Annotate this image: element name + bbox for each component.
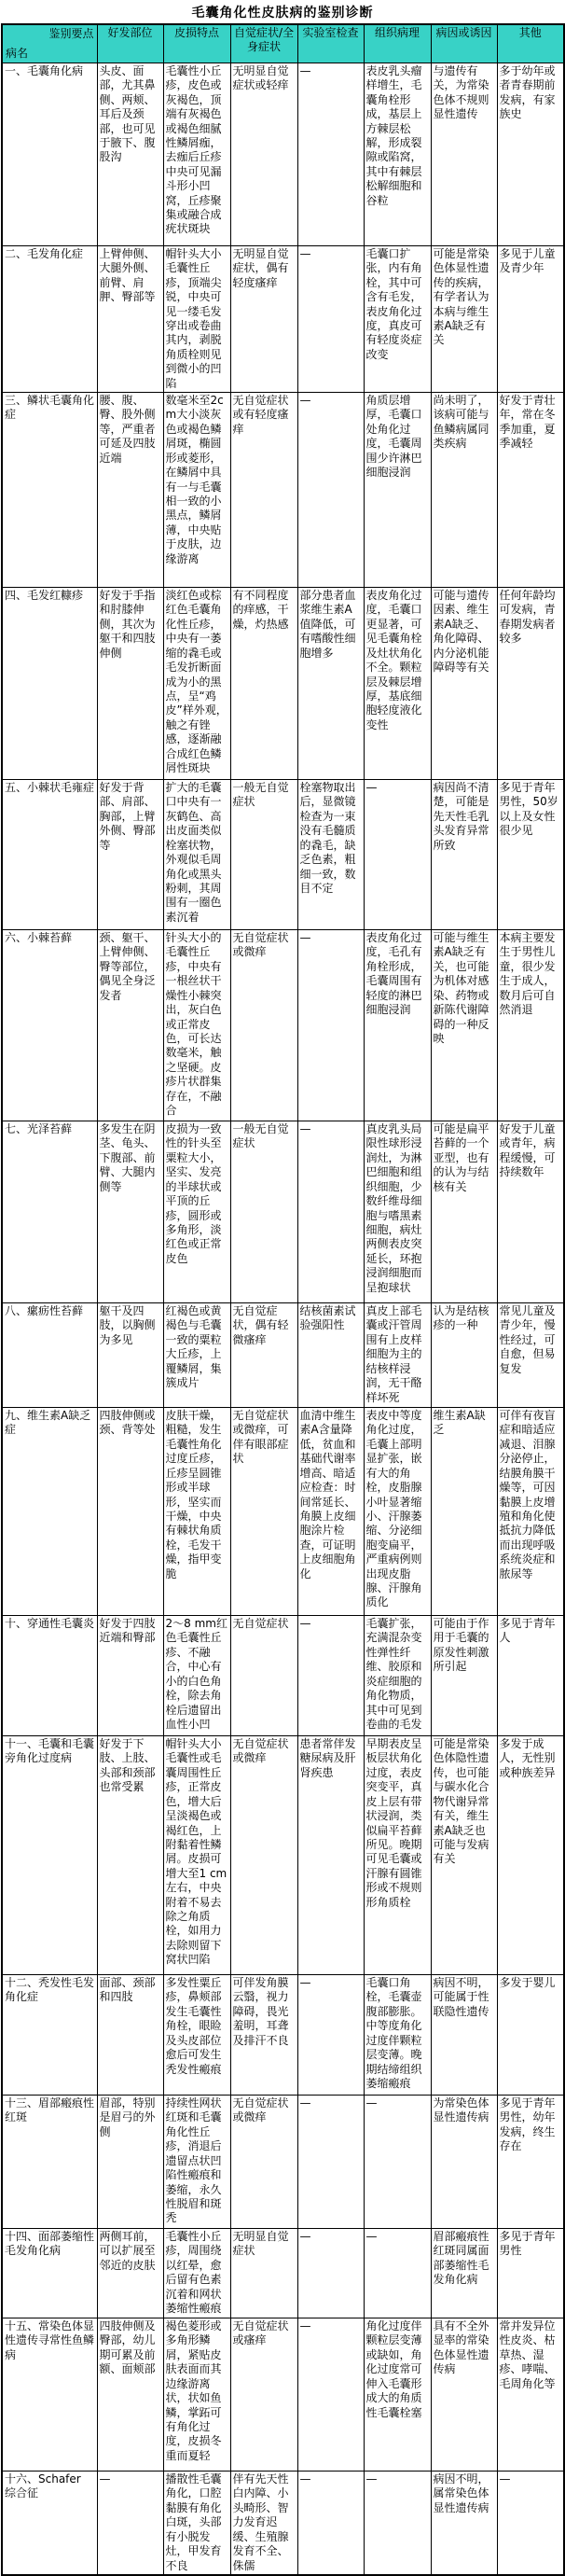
cell-sites: 两侧耳前，可以扩展至邻近的皮肤 bbox=[97, 2229, 163, 2318]
cell-other: — bbox=[497, 2472, 564, 2575]
cell-lesion: 褐色菱形或多角形鳞屑，紧贴皮肤表面而其边缘游离状，状如鱼鳞，掌跖可有角化过度，皮… bbox=[163, 2318, 230, 2472]
cell-lab: — bbox=[297, 1121, 364, 1303]
col-header-lab: 实验室检查 bbox=[297, 24, 364, 63]
cell-lesion: 皮损为一致性的针头至粟粒大小，坚实、发亮的半球状或平顶的丘疹，圆形或多角形，淡红… bbox=[163, 1121, 230, 1303]
cell-other: 多发于成人，无性别或种族差异 bbox=[497, 1736, 564, 1975]
cell-pathology: 毛囊扩张，充满混杂变性弹性纤维、胶原和炎症细胞的角化物质，其中可见到卷曲的毛发 bbox=[364, 1616, 431, 1736]
cell-other: 多于幼年或者青春期前发病，有家族史 bbox=[497, 63, 564, 246]
cell-lesion: 毛囊性小丘疹，皮色或灰褐色，顶端有灰褐色或褐色细腻性鳞屑痂，去痂后丘疹中央可见漏… bbox=[163, 63, 230, 246]
cell-etiology: 可能由于作用于毛囊的原发性刺激所引起 bbox=[431, 1616, 497, 1736]
cell-pathology: — bbox=[364, 2472, 431, 2575]
cell-pathology: 真皮乳头局限性球形浸润灶，为淋巴细胞和组织细胞，少数纤维母细胞与嗜黑素细胞，病灶… bbox=[364, 1121, 431, 1303]
cell-sites: 面部、颈部和四肢 bbox=[97, 1975, 163, 2096]
table-row: 十六、Schafer 综合征—播散性毛囊角化，口腔黏膜有角化白斑，头部有小脱发灶… bbox=[2, 2472, 564, 2575]
cell-lab: — bbox=[297, 1616, 364, 1736]
cell-lab: — bbox=[297, 1975, 364, 2096]
cell-sites: 四肢伸侧或颈、背等处 bbox=[97, 1408, 163, 1616]
cell-lab: — bbox=[297, 930, 364, 1121]
cell-other: 可伴有夜盲症和暗适应减退、泪腺分泌停止，结膜角膜干燥等，可因黏膜上皮增殖和角化使… bbox=[497, 1408, 564, 1616]
cell-symptoms: 无自觉症状，偶有轻微瘙痒 bbox=[230, 1303, 297, 1408]
cell-lesion: 针头大小的毛囊性丘疹，中央有一根丝状干燥性小棘突出，灰白色或正常皮色，可长达数毫… bbox=[163, 930, 230, 1121]
cell-lesion: 持续性网状红斑和毛囊角化性丘疹，消退后遗留点状凹陷性瘢痕和萎缩，永久性脱眉和斑秃 bbox=[163, 2096, 230, 2229]
cell-sites: 四肢伸侧及臀部，幼儿期可累及前额、面颊部 bbox=[97, 2318, 163, 2472]
cell-lesion: 皮肤干燥，粗糙，发生毛囊性角化过度丘疹，丘疹呈圆锥形或半球形，坚实而干燥，中央有… bbox=[163, 1408, 230, 1616]
cell-symptoms: 无自觉症状或微痒 bbox=[230, 1736, 297, 1975]
cell-symptoms: 可伴发角膜云翳，视力障碍，畏光羞明，耳聋及排汗不良 bbox=[230, 1975, 297, 2096]
cell-etiology: 可能与维生素A缺乏有关，也可能为机体对感染、药物或新陈代谢障碍的一种反映 bbox=[431, 930, 497, 1121]
cell-lab: — bbox=[297, 246, 364, 393]
disease-name: 十三、眉部瘢痕性红斑 bbox=[2, 2096, 97, 2229]
cell-symptoms: 一般无自觉症状 bbox=[230, 1121, 297, 1303]
cell-other: 多见于青年男性，幼年发病，终生存在 bbox=[497, 2096, 564, 2229]
col-header-sites: 好发部位 bbox=[97, 24, 163, 63]
cell-etiology: 可能是常染色体显性遗传的疾病，有学者认为本病与维生素A缺乏有关 bbox=[431, 246, 497, 393]
cell-lab: 结核菌素试验强阳性 bbox=[297, 1303, 364, 1408]
cell-sites: 上臂伸侧、大腿外侧、前臂、肩胛、臀部等 bbox=[97, 246, 163, 393]
cell-lesion: 数毫米至2cm大小淡灰色或褐色鳞屑斑，椭圆形或菱形，在鳞屑中具有一与毛囊相一致的… bbox=[163, 393, 230, 588]
cell-other: 任何年龄均可发病，青春期发病者较多 bbox=[497, 588, 564, 780]
cell-lab: 部分患者血浆维生素A值降低，可有嗜酸性细胞增多 bbox=[297, 588, 364, 780]
cell-symptoms: 无自觉症状 bbox=[230, 1616, 297, 1736]
disease-name: 三、鳞状毛囊角化症 bbox=[2, 393, 97, 588]
table-body: 一、毛囊角化病头皮、面部，尤其鼻侧、两颊、耳后及颈部，也可见于腋下、腹股沟毛囊性… bbox=[2, 63, 564, 2575]
cell-sites: 好发于下肢、上肢、头部和颈部也常受累 bbox=[97, 1736, 163, 1975]
disease-name: 八、瘰疬性苔藓 bbox=[2, 1303, 97, 1408]
cell-lab: — bbox=[297, 2472, 364, 2575]
table-row: 十四、面部萎缩性毛发角化病两侧耳前，可以扩展至邻近的皮肤毛囊性小丘疹，周围绕以红… bbox=[2, 2229, 564, 2318]
disease-name: 七、光泽苔藓 bbox=[2, 1121, 97, 1303]
cell-etiology: 可能与遗传因素、维生素A缺乏、角化障碍、内分泌机能障碍等有关 bbox=[431, 588, 497, 780]
disease-name: 十五、常染色体显性遗传寻常性鱼鳞病 bbox=[2, 2318, 97, 2472]
cell-symptoms: 一般无自觉症状 bbox=[230, 780, 297, 930]
cell-symptoms: 无自觉症状或有轻度瘙痒 bbox=[230, 393, 297, 588]
disease-name: 十六、Schafer 综合征 bbox=[2, 2472, 97, 2575]
disease-name: 一、毛囊角化病 bbox=[2, 63, 97, 246]
cell-lesion: 帽针头大小毛囊性丘疹，顶端尖锐，中央可见一缕毛发穿出或卷曲其内，剥脱角质栓则见到… bbox=[163, 246, 230, 393]
disease-name: 五、小棘状毛雍症 bbox=[2, 780, 97, 930]
cell-other: 多见于儿童及青少年 bbox=[497, 246, 564, 393]
cell-etiology: 尚未明了，该病可能与鱼鳞病属同类疾病 bbox=[431, 393, 497, 588]
cell-other: 本病主要发生于男性儿童，很少发生于成人，数月后可自然消退 bbox=[497, 930, 564, 1121]
table-row: 八、瘰疬性苔藓躯干及四肢，以胸侧为多见红褐色或黄褐色与毛囊一致的粟粒大丘疹，上覆… bbox=[2, 1303, 564, 1408]
diagnosis-table: 鉴别要点 病名 好发部位 皮损特点 自觉症状/全身症状 实验室检查 组织病理 病… bbox=[1, 23, 565, 2576]
cell-etiology: 具有不全外显率的常染色体显性遗传病 bbox=[431, 2318, 497, 2472]
cell-other: 好发于青壮年，常在冬季加重，夏季减轻 bbox=[497, 393, 564, 588]
table-row: 五、小棘状毛雍症好发于背部、肩部、胸部，上臂外侧、臀部等扩大的毛囊口中央有一灰鹤… bbox=[2, 780, 564, 930]
cell-symptoms: 无明显自觉症状或轻痒 bbox=[230, 63, 297, 246]
cell-other: 常并发异位性皮炎、枯草热、湿疹、哮喘、毛周角化等 bbox=[497, 2318, 564, 2472]
cell-other: 多见于青年人 bbox=[497, 1616, 564, 1736]
cell-pathology: 表皮乳头瘤样增生，毛囊角栓形成，基层上方棘层松解，形成裂隙或陷窝，其中有棘层松解… bbox=[364, 63, 431, 246]
cell-lab: — bbox=[297, 2318, 364, 2472]
cell-pathology: — bbox=[364, 2096, 431, 2229]
cell-symptoms: 有不同程度的痒感，干燥，灼热感 bbox=[230, 588, 297, 780]
cell-lesion: 红褐色或黄褐色与毛囊一致的粟粒大丘疹，上覆鳞屑，集簇成片 bbox=[163, 1303, 230, 1408]
col-header-symptoms: 自觉症状/全身症状 bbox=[230, 24, 297, 63]
disease-name: 十一、毛囊和毛囊旁角化过度病 bbox=[2, 1736, 97, 1975]
cell-etiology: 病因不明，可能属于性联隐性遗传 bbox=[431, 1975, 497, 2096]
table-row: 七、光泽苔藓多发生在阴茎、龟头、下腹部、前臂、大腿内侧等皮损为一致性的针头至粟粒… bbox=[2, 1121, 564, 1303]
cell-sites: 颈、躯干、上臂伸侧、臀等部位，偶见全身泛发者 bbox=[97, 930, 163, 1121]
cell-pathology: 表皮角化过度，毛孔有角栓形成，毛囊周围有轻度的淋巴细胞浸润 bbox=[364, 930, 431, 1121]
cell-symptoms: 无自觉症状或瘙痒 bbox=[230, 2318, 297, 2472]
cell-sites: 腰、腹、臀、股外侧等，严重者可延及四肢近端 bbox=[97, 393, 163, 588]
cell-etiology: 病因尚不清楚，可能是先天性毛乳头发育异常所致 bbox=[431, 780, 497, 930]
cell-other: 多见于青年男性，50岁以上及女性很少见 bbox=[497, 780, 564, 930]
cell-lesion: 帽针头大小毛囊性或毛囊周围性丘疹，正常皮色，增大后呈淡褐色或褐红色，上附黏着性鳞… bbox=[163, 1736, 230, 1975]
table-row: 三、鳞状毛囊角化症腰、腹、臀、股外侧等，严重者可延及四肢近端数毫米至2cm大小淡… bbox=[2, 393, 564, 588]
cell-pathology: 早期表皮呈板层状角化过度，表皮突变平，真皮上层有带状浸润，类似扁平苔藓所见。晚期… bbox=[364, 1736, 431, 1975]
disease-name: 十二、秃发性毛发角化症 bbox=[2, 1975, 97, 2096]
cell-lab: 患者常伴发糖尿病及肝肾疾患 bbox=[297, 1736, 364, 1975]
disease-name: 六、小棘苔藓 bbox=[2, 930, 97, 1121]
disease-name: 二、毛发角化症 bbox=[2, 246, 97, 393]
disease-name: 十四、面部萎缩性毛发角化病 bbox=[2, 2229, 97, 2318]
cell-etiology: 为常染色体显性遗传病 bbox=[431, 2096, 497, 2229]
table-row: 一、毛囊角化病头皮、面部，尤其鼻侧、两颊、耳后及颈部，也可见于腋下、腹股沟毛囊性… bbox=[2, 63, 564, 246]
cell-pathology: 毛囊口角栓，毛囊壶腹部膨胀。中等度角化过度伴颗粒层变薄。晚期结缔组织萎缩瘢痕 bbox=[364, 1975, 431, 2096]
cell-lab: — bbox=[297, 2096, 364, 2229]
cell-sites: 多发生在阴茎、龟头、下腹部、前臂、大腿内侧等 bbox=[97, 1121, 163, 1303]
cell-pathology: 表皮角化过度，毛囊口更显著，可见毛囊角栓及灶状角化不全。颗粒层及棘层增厚，基底细… bbox=[364, 588, 431, 780]
cell-lesion: 毛囊性小丘疹，周围绕以红晕，愈后留有色素沉着和网状萎缩性瘢痕 bbox=[163, 2229, 230, 2318]
cell-lab: — bbox=[297, 63, 364, 246]
cell-lab: — bbox=[297, 2229, 364, 2318]
cell-lab: 血清中维生素A含量降低，贫血和基础代谢率增高、暗适应检查：时间常延长、角膜上皮细… bbox=[297, 1408, 364, 1616]
cell-etiology: 可能是扁平苔藓的一个亚型，也有的认为与结核有关 bbox=[431, 1121, 497, 1303]
cell-symptoms: 伴有先天性白内障、小头畸形、智力发育迟缓、生殖腺发育不全、侏儒 bbox=[230, 2472, 297, 2575]
header-row: 鉴别要点 病名 好发部位 皮损特点 自觉症状/全身症状 实验室检查 组织病理 病… bbox=[2, 24, 564, 63]
cell-lab: — bbox=[297, 393, 364, 588]
table-row: 十三、眉部瘢痕性红斑眉部，特别是眉弓的外侧持续性网状红斑和毛囊角化性丘疹，消退后… bbox=[2, 2096, 564, 2229]
table-row: 十二、秃发性毛发角化症面部、颈部和四肢多发性粟丘疹，鼻颊部发生毛囊性角栓，眼睑及… bbox=[2, 1975, 564, 2096]
cell-etiology: 病因不明，属常染色体显性遗传病 bbox=[431, 2472, 497, 2575]
cell-symptoms: 无自觉症状或微痒 bbox=[230, 2096, 297, 2229]
col-header-pathology: 组织病理 bbox=[364, 24, 431, 63]
disease-name: 四、毛发红糠疹 bbox=[2, 588, 97, 780]
cell-lesion: 多发性粟丘疹，鼻颊部发生毛囊性角栓，眼睑及头皮部位愈后可发生秃发性瘢痕 bbox=[163, 1975, 230, 2096]
cell-sites: 好发于手指和肘膝伸侧，其次为躯干和四肢伸侧 bbox=[97, 588, 163, 780]
cell-symptoms: 无明显自觉症状 bbox=[230, 2229, 297, 2318]
cell-pathology: — bbox=[364, 2229, 431, 2318]
cell-sites: 眉部，特别是眉弓的外侧 bbox=[97, 2096, 163, 2229]
cell-etiology: 认为是结核疹的一种 bbox=[431, 1303, 497, 1408]
cell-sites: 好发于四肢近端和臀部 bbox=[97, 1616, 163, 1736]
cell-symptoms: 无明显自觉症状，偶有轻度瘙痒 bbox=[230, 246, 297, 393]
table-row: 十五、常染色体显性遗传寻常性鱼鳞病四肢伸侧及臀部，幼儿期可累及前额、面颊部褐色菱… bbox=[2, 2318, 564, 2472]
disease-name: 九、维生素A缺乏症 bbox=[2, 1408, 97, 1616]
cell-other: 多发于婴儿 bbox=[497, 1975, 564, 2096]
col-header-lesion: 皮损特点 bbox=[163, 24, 230, 63]
cell-pathology: 毛囊口扩张，内有角栓，其中可含有毛发，表皮角化过度，真皮可有轻度炎症改变 bbox=[364, 246, 431, 393]
cell-other: 常见儿童及青少年，慢性经过，可自愈，但易复发 bbox=[497, 1303, 564, 1408]
cell-sites: 好发于背部、肩部、胸部，上臂外侧、臀部等 bbox=[97, 780, 163, 930]
table-row: 十一、毛囊和毛囊旁角化过度病好发于下肢、上肢、头部和颈部也常受累帽针头大小毛囊性… bbox=[2, 1736, 564, 1975]
table-row: 四、毛发红糠疹好发于手指和肘膝伸侧，其次为躯干和四肢伸侧淡红色或棕红色毛囊角化性… bbox=[2, 588, 564, 780]
disease-name: 十、穿通性毛囊炎 bbox=[2, 1616, 97, 1736]
table-row: 九、维生素A缺乏症四肢伸侧或颈、背等处皮肤干燥，粗糙，发生毛囊性角化过度丘疹，丘… bbox=[2, 1408, 564, 1616]
cell-pathology: 角化过度伴颗粒层变薄或缺如，角化过度常可伸入毛囊形成大的角质性毛囊栓塞 bbox=[364, 2318, 431, 2472]
cell-other: 多见于青年男性 bbox=[497, 2229, 564, 2318]
cell-symptoms: 无自觉症状或微痒，可伴有眼部症状 bbox=[230, 1408, 297, 1616]
cell-other: 好发于儿童或青年，病程缓慢，可持续数年 bbox=[497, 1121, 564, 1303]
cell-sites: 头皮、面部，尤其鼻侧、两颊、耳后及颈部，也可见于腋下、腹股沟 bbox=[97, 63, 163, 246]
cell-lab: 栓塞物取出后，显微镜检查为一束没有毛髓质的毳毛，缺乏色素，粗细一致，数目不定 bbox=[297, 780, 364, 930]
cell-sites: — bbox=[97, 2472, 163, 2575]
cell-lesion: 扩大的毛囊口中央有一灰鹤色、高出皮面类似栓塞状物，外观似毛周角化或黑头粉刺，其周… bbox=[163, 780, 230, 930]
table-row: 二、毛发角化症上臂伸侧、大腿外侧、前臂、肩胛、臀部等帽针头大小毛囊性丘疹，顶端尖… bbox=[2, 246, 564, 393]
cell-etiology: 可能是常染色体隐性遗传，也可能与碳水化合物代谢异常有关，维生素A缺乏也可能与发病… bbox=[431, 1736, 497, 1975]
cell-etiology: 眉部瘢痕性红斑同属面部萎缩性毛发角化病 bbox=[431, 2229, 497, 2318]
table-row: 十、穿通性毛囊炎好发于四肢近端和臀部2～8 mm红色毛囊性丘疹、不融合，中心有小… bbox=[2, 1616, 564, 1736]
page-title: 毛囊角化性皮肤病的鉴别诊断 bbox=[0, 3, 565, 21]
cell-sites: 躯干及四肢，以胸侧为多见 bbox=[97, 1303, 163, 1408]
cell-lesion: 播散性毛囊角化，口腔黏膜有角化白斑，头部有小脱发灶，甲发育不良 bbox=[163, 2472, 230, 2575]
col-header-etiology: 病因或诱因 bbox=[431, 24, 497, 63]
table-row: 六、小棘苔藓颈、躯干、上臂伸侧、臀等部位，偶见全身泛发者针头大小的毛囊性丘疹，中… bbox=[2, 930, 564, 1121]
corner-cell: 鉴别要点 病名 bbox=[2, 24, 97, 63]
cell-pathology: — bbox=[364, 780, 431, 930]
cell-pathology: 角质层增厚，毛囊口处角化过度，毛囊周围少许淋巴细胞浸润 bbox=[364, 393, 431, 588]
cell-etiology: 与遗传有关，为常染色体不规则显性遗传 bbox=[431, 63, 497, 246]
corner-label-criteria: 鉴别要点 bbox=[48, 27, 93, 41]
cell-pathology: 真皮上部毛囊或汗管周围有上皮样细胞为主的结核样浸润，无干酪样坏死 bbox=[364, 1303, 431, 1408]
corner-label-disease: 病名 bbox=[6, 47, 28, 61]
table-header: 鉴别要点 病名 好发部位 皮损特点 自觉症状/全身症状 实验室检查 组织病理 病… bbox=[2, 24, 564, 63]
cell-lesion: 2～8 mm红色毛囊性丘疹、不融合，中心有小的白色角栓，除去角栓后遗留出血性小凹 bbox=[163, 1616, 230, 1736]
cell-symptoms: 无自觉症状或微痒 bbox=[230, 930, 297, 1121]
cell-lesion: 淡红色或棕红色毛囊角化性丘疹，中央有一萎缩的毳毛或毛发折断面成为小的黑点，呈“鸡… bbox=[163, 588, 230, 780]
cell-pathology: 表皮中等度角化过度，毛囊上部明显扩张，嵌有大的角栓，皮脂腺小叶显著缩小、汗腺萎缩… bbox=[364, 1408, 431, 1616]
cell-etiology: 维生素A缺乏 bbox=[431, 1408, 497, 1616]
col-header-other: 其他 bbox=[497, 24, 564, 63]
